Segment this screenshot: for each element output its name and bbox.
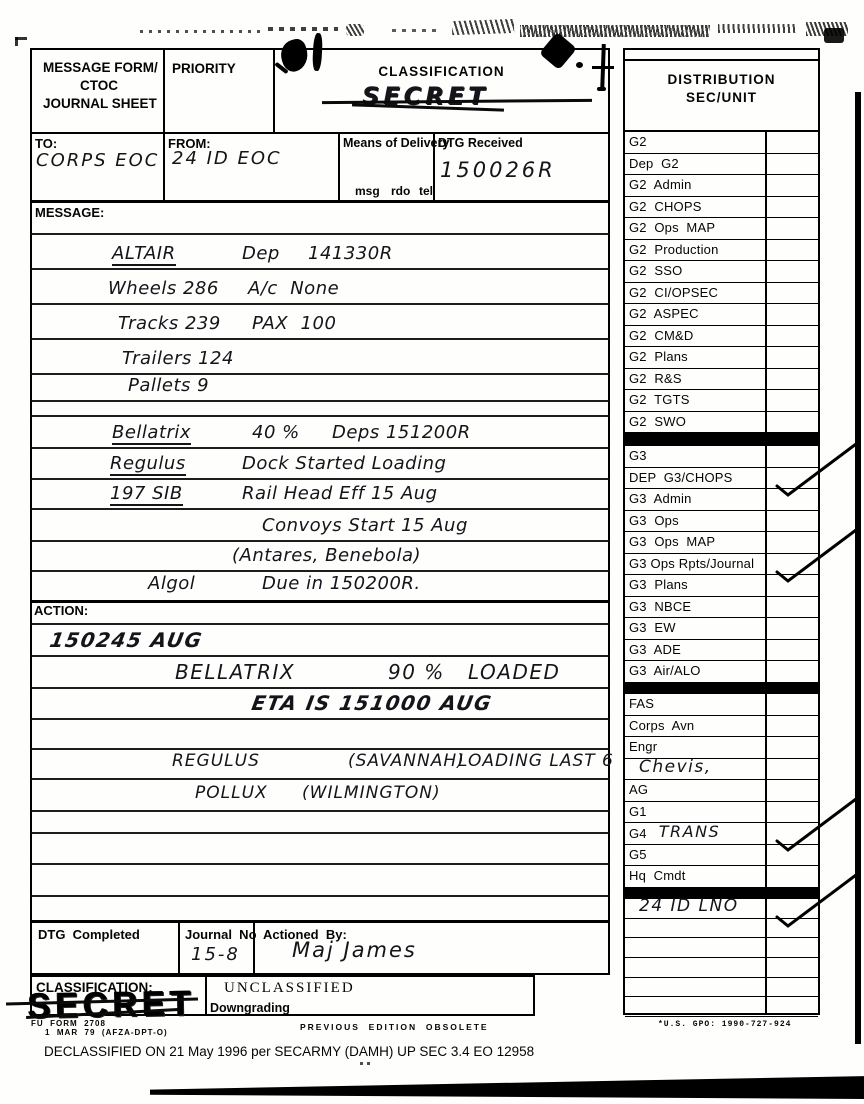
ruled-line xyxy=(30,338,610,340)
gpo-note: *U.S. GPO: 1990-727-924 xyxy=(658,1020,791,1029)
distribution-row xyxy=(625,958,818,978)
distribution-row-label: G2 CM&D xyxy=(625,326,693,346)
form-number-date: 1 MAR 79 (AFZA-DPT-O) xyxy=(45,1028,168,1037)
distribution-row: G2 R&S xyxy=(625,369,818,391)
distribution-row xyxy=(625,938,818,958)
distribution-row: G2 Production xyxy=(625,240,818,262)
handwritten-action-text: POLLUX xyxy=(195,785,268,802)
scan-noise xyxy=(520,25,710,37)
distribution-row: G4TRANS xyxy=(625,823,818,845)
handwritten-annotation: 24 ID LNO xyxy=(639,896,739,916)
distribution-row-label: DEP G3/CHOPS xyxy=(625,468,733,488)
distribution-row xyxy=(625,919,818,939)
journal-no-label: Journal No xyxy=(185,927,257,942)
distribution-row-label: G2 Plans xyxy=(625,347,688,367)
ruled-line xyxy=(30,540,610,542)
means-of-delivery-label: Means of Delivery xyxy=(343,136,449,150)
distribution-row: G3 ADE xyxy=(625,640,818,662)
distribution-row: G2 TGTS xyxy=(625,390,818,412)
distribution-row: G2 Plans xyxy=(625,347,818,369)
handwritten-message-text: Dock Started Loading xyxy=(242,455,446,473)
distribution-row: G2 ASPEC xyxy=(625,304,818,326)
distribution-row xyxy=(625,978,818,998)
handwritten-annotation: TRANS xyxy=(659,822,720,841)
ruled-line xyxy=(30,415,610,417)
form-title-line1: MESSAGE FORM/ xyxy=(43,60,155,75)
scan-noise xyxy=(452,19,514,35)
scan-noise xyxy=(824,28,844,43)
actioned-by-value: Maj James xyxy=(292,940,417,961)
distribution-row-label: G2 Production xyxy=(625,240,719,260)
distribution-row-label: FAS xyxy=(625,694,654,714)
distribution-row: G2 CM&D xyxy=(625,326,818,348)
distribution-row-label: G3 Admin xyxy=(625,489,692,509)
to-value: CORPS EOC xyxy=(36,152,159,170)
distribution-row-label: G3 Ops xyxy=(625,511,679,531)
distribution-row: Engr xyxy=(625,737,818,759)
distribution-row-label: G2 ASPEC xyxy=(625,304,699,324)
handwritten-message-text: Convoys Start 15 Aug xyxy=(262,517,468,535)
handwritten-action-text: LOADING LAST 6 xyxy=(458,753,614,770)
ruled-line xyxy=(30,778,610,780)
distribution-row-label: G3 NBCE xyxy=(625,597,691,617)
dtg-received-value: 150026R xyxy=(440,160,556,181)
distribution-row-label: G2 R&S xyxy=(625,369,682,389)
distribution-row: Dep G2 xyxy=(625,154,818,176)
distribution-row-label: G2 xyxy=(625,132,647,152)
ruled-line xyxy=(30,687,610,689)
distribution-row: G2 xyxy=(625,132,818,154)
scan-noise xyxy=(360,1062,374,1065)
form-title-line2: CTOC xyxy=(43,78,155,93)
handwritten-message-text: 141330R xyxy=(308,245,393,263)
handwritten-message-text: Deps 151200R xyxy=(332,424,471,442)
handwritten-message-text: Rail Head Eff 15 Aug xyxy=(242,485,438,503)
scan-noise xyxy=(15,37,18,46)
dtg-completed-label: DTG Completed xyxy=(38,927,140,942)
handwritten-message-text: Trailers 124 xyxy=(122,350,234,368)
distribution-row-label: G2 Ops MAP xyxy=(625,218,715,238)
distribution-row: G2 CHOPS xyxy=(625,197,818,219)
divider xyxy=(338,132,340,200)
distribution-row-label: G2 CI/OPSEC xyxy=(625,283,718,303)
distribution-header-line2: SEC/UNIT xyxy=(625,90,818,105)
distribution-row-label: G2 CHOPS xyxy=(625,197,702,217)
declassified-note: DECLASSIFIED ON 21 May 1996 per SECARMY … xyxy=(44,1044,534,1059)
distribution-row: DEP G3/CHOPS xyxy=(625,468,818,490)
divider xyxy=(30,132,610,134)
distribution-row-label: G3 Ops MAP xyxy=(625,532,715,552)
section-bar xyxy=(625,683,818,694)
distribution-row-label: G3 ADE xyxy=(625,640,681,660)
handwritten-message-text: Dep xyxy=(242,245,280,263)
handwritten-message-text: Due in 150200R. xyxy=(262,575,421,593)
scanned-journal-sheet: MESSAGE FORM/ CTOC JOURNAL SHEET PRIORIT… xyxy=(0,0,864,1104)
handwritten-message-text: Algol xyxy=(148,575,195,593)
ruled-line xyxy=(30,718,610,720)
distribution-row: G3 Air/ALO xyxy=(625,661,818,683)
handwritten-action-text: (SAVANNAH) xyxy=(348,753,465,770)
scan-noise xyxy=(346,24,364,36)
distribution-row-label: G3 xyxy=(625,446,647,466)
distribution-row-label: G3 Air/ALO xyxy=(625,661,701,681)
action-label: ACTION: xyxy=(34,603,88,618)
handwritten-action-text: BELLATRIX xyxy=(175,662,295,682)
handwritten-message-text: PAX 100 xyxy=(252,315,336,333)
handwritten-message-text: Wheels 286 xyxy=(108,280,219,298)
handwritten-action-text: ETA IS 151000 AUG xyxy=(250,693,494,713)
journal-no-value: 15-8 xyxy=(191,946,240,964)
ruled-line xyxy=(30,508,610,510)
form-outer-border xyxy=(30,48,610,975)
handwritten-message-text: ALTAIR xyxy=(112,245,176,266)
form-title-line3: JOURNAL SHEET xyxy=(43,96,155,111)
handwritten-message-text: Pallets 9 xyxy=(128,377,209,395)
priority-label: PRIORITY xyxy=(172,61,236,76)
distribution-row-label: Corps Avn xyxy=(625,716,694,736)
handwritten-message-text: 197 SIB xyxy=(110,485,183,506)
distribution-row: Corps Avn xyxy=(625,716,818,738)
divider xyxy=(273,48,275,132)
distribution-row-label: AG xyxy=(625,780,648,800)
ruled-line xyxy=(30,400,610,402)
handwritten-message-text: Regulus xyxy=(110,455,186,476)
handwritten-message-text: 40 % xyxy=(252,424,300,442)
divider xyxy=(30,200,610,203)
distribution-row-label: G2 SSO xyxy=(625,261,682,281)
scan-noise xyxy=(140,30,260,33)
divider xyxy=(625,59,818,61)
ruled-line xyxy=(30,447,610,449)
distribution-row: G2 SSO xyxy=(625,261,818,283)
ruled-line xyxy=(30,303,610,305)
distribution-row: G2 Admin xyxy=(625,175,818,197)
distribution-row: FAS xyxy=(625,694,818,716)
distribution-row-label: G3 EW xyxy=(625,618,676,638)
distribution-row: G3 Admin xyxy=(625,489,818,511)
message-label: MESSAGE: xyxy=(35,205,104,220)
handwritten-message-text: Bellatrix xyxy=(112,424,191,445)
distribution-row-label: G4 xyxy=(625,824,647,844)
handwritten-message-text: A/c None xyxy=(248,280,339,298)
handwritten-message-text: Tracks 239 xyxy=(118,315,221,333)
handwritten-action-text: LOADED xyxy=(468,662,560,682)
distribution-row-label: Hq Cmdt xyxy=(625,866,686,886)
divider xyxy=(205,975,207,1016)
ruled-line xyxy=(30,373,610,375)
ruled-line xyxy=(30,863,610,865)
handwritten-annotation: Chevis, xyxy=(639,757,712,777)
delivery-option: rdo xyxy=(391,184,410,198)
ruled-line xyxy=(30,895,610,897)
distribution-row-label: G5 xyxy=(625,845,647,865)
distribution-row-label: Engr xyxy=(625,737,657,757)
ruled-line xyxy=(30,623,610,625)
distribution-row xyxy=(625,998,818,1018)
scan-noise xyxy=(718,24,796,33)
scan-noise xyxy=(268,27,338,31)
previous-edition-note: PREVIOUS EDITION OBSOLETE xyxy=(300,1022,489,1032)
distribution-row: Chevis, xyxy=(625,759,818,781)
ruled-line xyxy=(30,478,610,480)
delivery-option: tel xyxy=(419,184,433,198)
distribution-row: G3 Plans xyxy=(625,575,818,597)
handwritten-message-text: (Antares, Benebola) xyxy=(232,547,421,565)
distribution-table: DISTRIBUTION SEC/UNIT G2Dep G2G2 AdminG2… xyxy=(623,48,820,1015)
distribution-row: 24 ID LNO xyxy=(625,899,818,919)
scan-edge-artifact xyxy=(150,1074,864,1100)
ruled-line xyxy=(30,832,610,834)
divider xyxy=(30,600,610,603)
ruled-line xyxy=(30,655,610,657)
distribution-row: G2 Ops MAP xyxy=(625,218,818,240)
delivery-option: msg xyxy=(355,184,380,198)
handwritten-action-text: 150245 AUG xyxy=(48,630,204,650)
distribution-row: G2 SWO xyxy=(625,412,818,434)
distribution-row: G3 NBCE xyxy=(625,597,818,619)
distribution-row-label: G2 SWO xyxy=(625,412,686,432)
to-label: TO: xyxy=(35,136,57,151)
ruled-line xyxy=(30,268,610,270)
handwritten-action-text: (WILMINGTON) xyxy=(302,785,441,802)
distribution-row-label: G3 Ops Rpts/Journal xyxy=(625,554,754,574)
distribution-row-label: G2 Admin xyxy=(625,175,692,195)
divider xyxy=(178,920,180,975)
scan-noise xyxy=(392,29,440,32)
ruled-line xyxy=(30,570,610,572)
distribution-row: G2 CI/OPSEC xyxy=(625,283,818,305)
distribution-row: G5 xyxy=(625,845,818,867)
distribution-row-label: G3 Plans xyxy=(625,575,688,595)
dtg-received-label: DTG Received xyxy=(438,136,523,150)
ruled-line xyxy=(30,233,610,235)
distribution-row: G3 Ops Rpts/Journal xyxy=(625,554,818,576)
unclassified-stamp: UNCLASSIFIED xyxy=(224,980,355,997)
from-value: 24 ID EOC xyxy=(172,150,282,168)
distribution-row-label: Dep G2 xyxy=(625,154,679,174)
form-number: FU FORM 2708 xyxy=(31,1019,106,1028)
divider xyxy=(30,920,610,923)
ruled-line xyxy=(30,810,610,812)
distribution-row-label: G1 xyxy=(625,802,647,822)
distribution-header-line1: DISTRIBUTION xyxy=(625,72,818,87)
distribution-row: G3 EW xyxy=(625,618,818,640)
downgrading-label: Downgrading xyxy=(210,1001,290,1015)
handwritten-action-text: 90 % xyxy=(388,662,445,682)
classification-label: CLASSIFICATION xyxy=(273,64,610,79)
divider xyxy=(163,48,165,200)
ruled-line xyxy=(30,748,610,750)
distribution-row-label: G2 TGTS xyxy=(625,390,690,410)
handwritten-action-text: REGULUS xyxy=(172,753,260,770)
